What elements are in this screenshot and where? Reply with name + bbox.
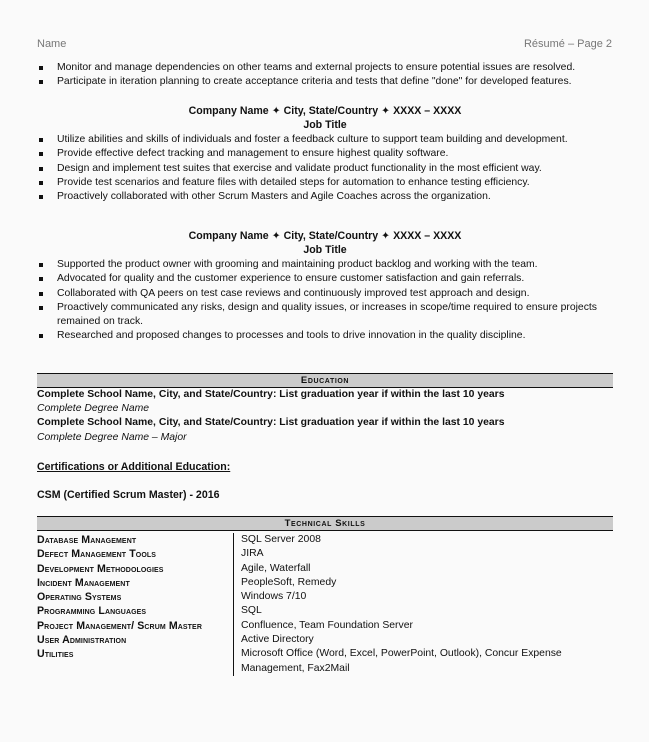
table-row: Defect Management Tools JIRA (37, 547, 613, 561)
list-item: Advocated for quality and the customer e… (37, 272, 617, 286)
skill-value: Microsoft Office (Word, Excel, PowerPoin… (233, 647, 613, 676)
skill-value: Agile, Waterfall (233, 562, 613, 576)
job-dates: XXXX – XXXX (393, 105, 461, 117)
skill-value: SQL Server 2008 (233, 533, 613, 547)
skill-category: Operating Systems (37, 590, 233, 604)
star-separator-icon: ✦ (272, 104, 281, 118)
list-item: Provide test scenarios and feature files… (37, 176, 617, 190)
job-heading-1: Company Name✦City, State/Country✦XXXX – … (37, 104, 613, 118)
company-name: Company Name (189, 230, 269, 242)
table-row: Programming Languages SQL (37, 604, 613, 618)
skill-category: Programming Languages (37, 604, 233, 618)
header-page-label: Résumé – Page 2 (524, 38, 612, 50)
intro-bullet-list: Monitor and manage dependencies on other… (37, 61, 617, 90)
skill-value: JIRA (233, 547, 613, 561)
skill-category: Development Methodologies (37, 562, 233, 576)
company-name: Company Name (189, 105, 269, 117)
table-row: Development Methodologies Agile, Waterfa… (37, 562, 613, 576)
list-item: Provide effective defect tracking and ma… (37, 147, 617, 161)
company-location: City, State/Country (284, 230, 379, 242)
company-location: City, State/Country (284, 105, 379, 117)
education-degree: Complete Degree Name – Major (37, 431, 187, 445)
education-degree: Complete Degree Name (37, 402, 149, 416)
table-row: Operating Systems Windows 7/10 (37, 590, 613, 604)
job-dates: XXXX – XXXX (393, 230, 461, 242)
skill-category: Defect Management Tools (37, 547, 233, 561)
list-item: Collaborated with QA peers on test case … (37, 287, 617, 301)
job-heading-2: Company Name✦City, State/Country✦XXXX – … (37, 229, 613, 243)
skill-value: Active Directory (233, 633, 613, 647)
job-2-bullet-list: Supported the product owner with groomin… (37, 258, 617, 344)
table-row: Project Management/ Scrum Master Conflue… (37, 619, 613, 633)
list-item: Proactively communicated any risks, desi… (37, 301, 617, 330)
list-item: Supported the product owner with groomin… (37, 258, 617, 272)
list-item: Design and implement test suites that ex… (37, 162, 617, 176)
skill-value: Windows 7/10 (233, 590, 613, 604)
skill-category: Utilities (37, 647, 233, 676)
table-row: Utilities Microsoft Office (Word, Excel,… (37, 647, 613, 676)
job-title: Job Title (37, 118, 613, 132)
skill-value: SQL (233, 604, 613, 618)
list-item: Participate in iteration planning to cre… (37, 75, 617, 89)
table-row: User Administration Active Directory (37, 633, 613, 647)
table-row: Database Management SQL Server 2008 (37, 533, 613, 547)
certifications-heading: Certifications or Additional Education: (37, 461, 230, 473)
certification-item: CSM (Certified Scrum Master) - 2016 (37, 489, 220, 501)
skill-category: Database Management (37, 533, 233, 547)
skill-value: Confluence, Team Foundation Server (233, 619, 613, 633)
list-item: Researched and proposed changes to proce… (37, 329, 617, 343)
technical-skills-table: Database Management SQL Server 2008 Defe… (37, 533, 613, 676)
table-row: Incident Management PeopleSoft, Remedy (37, 576, 613, 590)
education-school: Complete School Name, City, and State/Co… (37, 388, 504, 402)
skill-category: Incident Management (37, 576, 233, 590)
list-item: Utilize abilities and skills of individu… (37, 133, 617, 147)
education-school: Complete School Name, City, and State/Co… (37, 416, 504, 430)
star-separator-icon: ✦ (381, 229, 390, 243)
job-1-bullet-list: Utilize abilities and skills of individu… (37, 133, 617, 204)
star-separator-icon: ✦ (272, 229, 281, 243)
skill-category: User Administration (37, 633, 233, 647)
job-title: Job Title (37, 243, 613, 257)
skill-value: PeopleSoft, Remedy (233, 576, 613, 590)
list-item: Proactively collaborated with other Scru… (37, 190, 617, 204)
list-item: Monitor and manage dependencies on other… (37, 61, 617, 75)
header-name: Name (37, 38, 66, 50)
technical-skills-section-heading: Technical Skills (37, 516, 613, 531)
education-section-heading: Education (37, 373, 613, 388)
skill-category: Project Management/ Scrum Master (37, 619, 233, 633)
star-separator-icon: ✦ (381, 104, 390, 118)
